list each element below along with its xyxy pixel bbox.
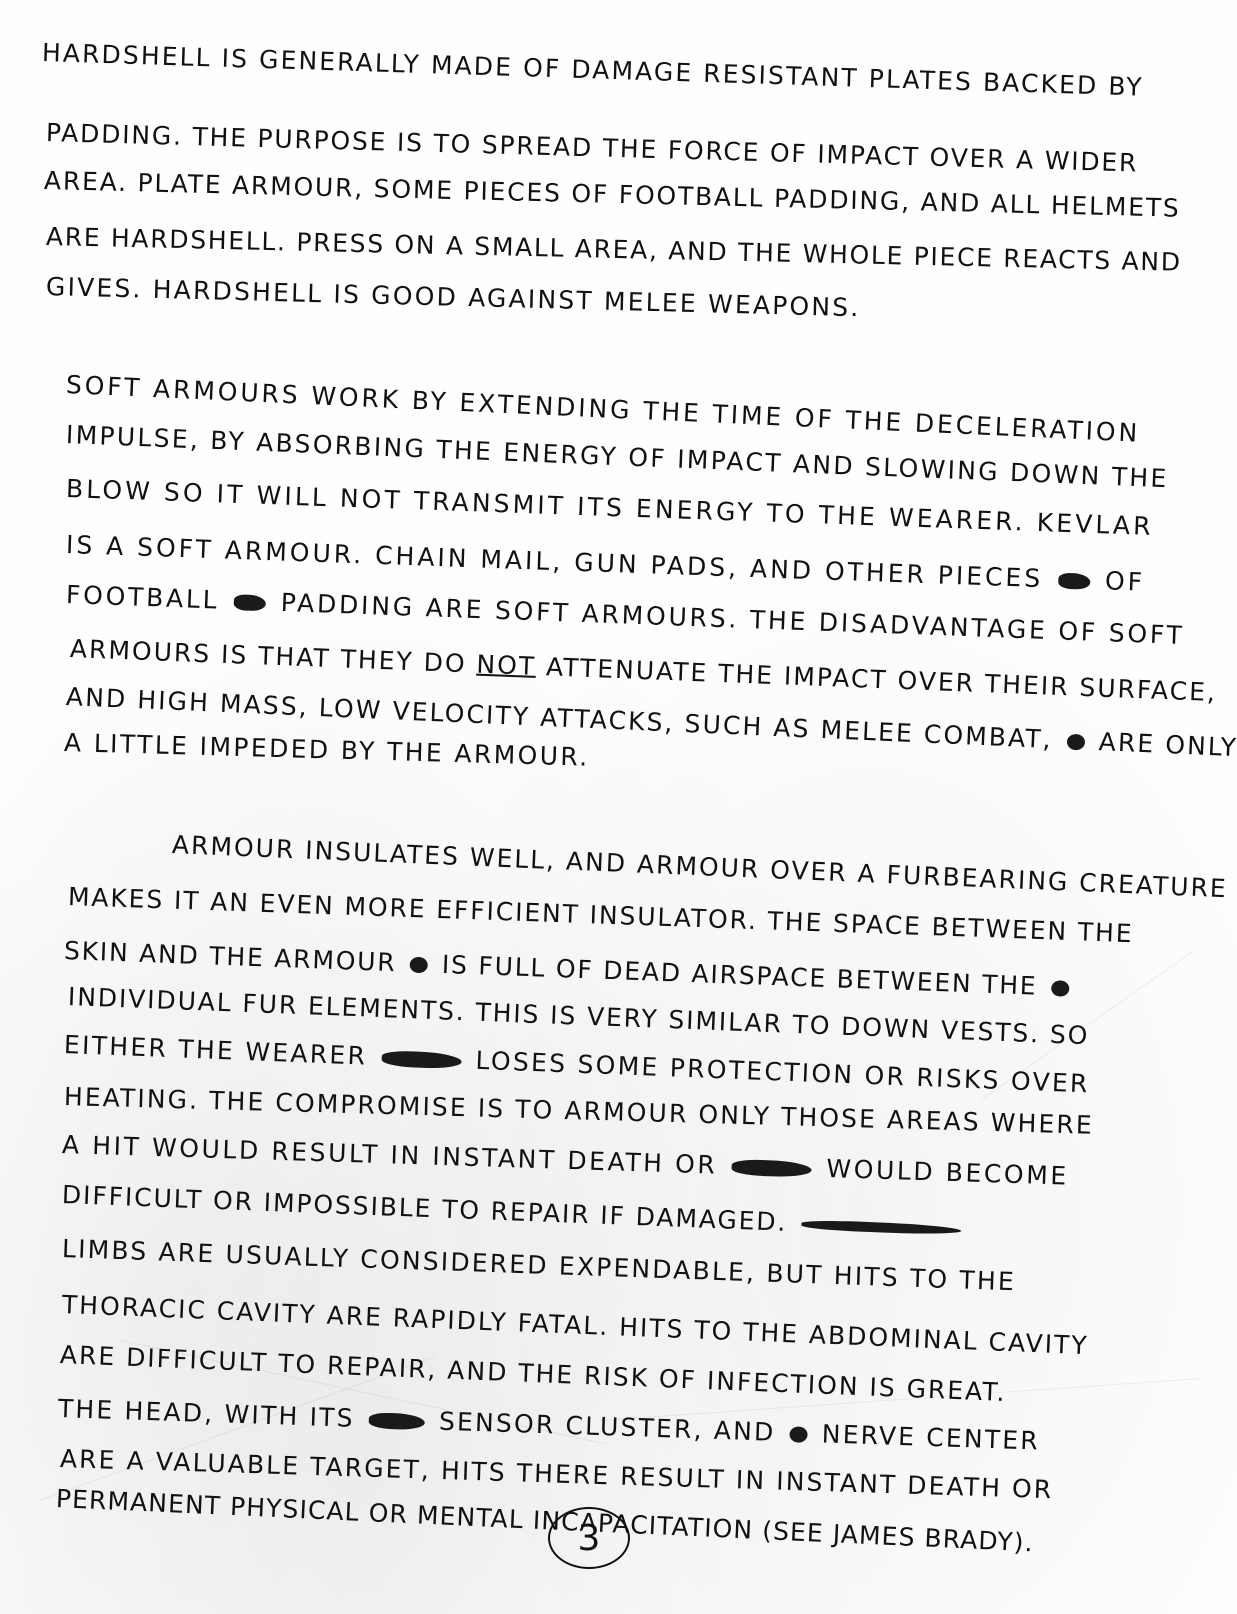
scribbled-out-word bbox=[732, 1159, 812, 1178]
scribbled-out-word bbox=[1051, 980, 1070, 997]
scribbled-out-word bbox=[410, 957, 429, 974]
page-number: 3 bbox=[548, 1507, 630, 1569]
scribbled-out-word bbox=[1058, 573, 1091, 590]
scribbled-out-word bbox=[1066, 734, 1085, 751]
text-segment: OF bbox=[1104, 566, 1145, 596]
underlined-emphasis: NOT bbox=[476, 650, 537, 681]
scribbled-out-word bbox=[369, 1412, 425, 1430]
scribbled-out-word bbox=[234, 594, 267, 611]
text-segment: ARE ONLY bbox=[1098, 727, 1237, 762]
scribbled-out-word bbox=[801, 1219, 961, 1235]
scribbled-out-word bbox=[789, 1426, 808, 1443]
text-segment: FOOTBALL bbox=[65, 580, 219, 615]
scribbled-out-word bbox=[381, 1050, 462, 1069]
